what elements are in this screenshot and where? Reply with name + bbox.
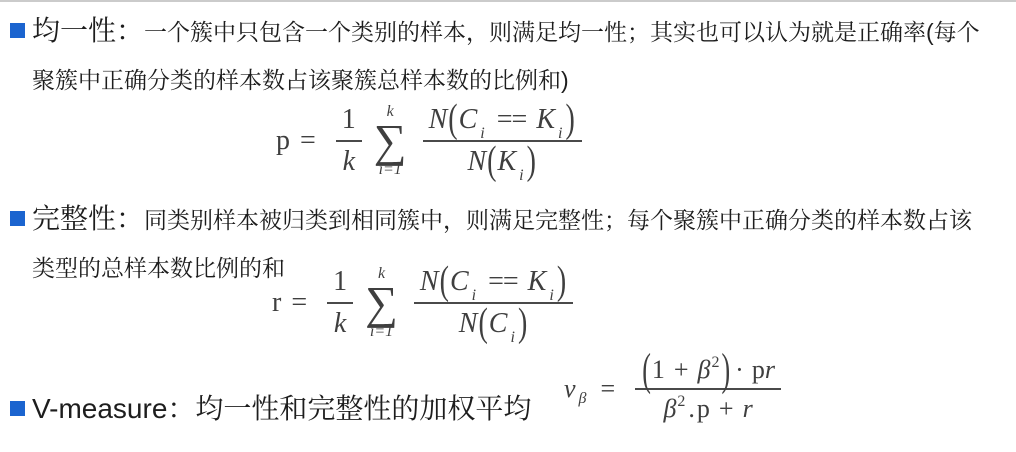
subscript-i: i [510, 329, 514, 346]
fraction-numerator: (1+β2)·pr [635, 354, 781, 385]
formula-v-measure: vβ = (1+β2)·pr β2.p+r [564, 354, 787, 424]
superscript-2: 2 [711, 354, 719, 371]
fraction-bar [336, 140, 362, 142]
var-C: C [459, 104, 478, 135]
sigma-icon: ∑ [374, 122, 407, 160]
double-equals: == [488, 266, 518, 297]
bullet-completeness-desc: 同类别样本被归类到相同簇中，则满足完整性；每个聚簇中正确分类的样本数占该 [144, 207, 972, 233]
left-paren: ( [448, 96, 457, 145]
bullet-homogeneity-text: 均一性：一个簇中只包含一个类别的样本，则满足均一性；其实也可以认为就是正确率(每… [32, 10, 980, 95]
subscript-i: i [558, 125, 562, 142]
bullet-completeness-line1: 完整性：同类别样本被归类到相同簇中，则满足完整性；每个聚簇中正确分类的样本数占该 [32, 198, 972, 245]
bullet-homogeneity: 均一性：一个簇中只包含一个类别的样本，则满足均一性；其实也可以认为就是正确率(每… [10, 10, 980, 95]
main-fraction: N(Ci==Ki) N(Ci) [414, 265, 573, 340]
var-beta: β [663, 394, 676, 423]
plus-sign: + [674, 355, 689, 384]
bullet-v-measure: V-measure：均一性和完整性的加权平均 [10, 388, 531, 435]
var-r: r [743, 394, 753, 423]
fraction-denominator: N(Ci) [453, 307, 534, 341]
right-paren: ) [565, 96, 574, 145]
formula-p-lhs: p [276, 125, 290, 157]
summation: k ∑ i=1 [365, 264, 398, 342]
bullet-homogeneity-desc: 一个簇中只包含一个类别的样本，则满足均一性；其实也可以认为就是正确率(每个 [144, 19, 980, 45]
bullet-completeness-term: 完整性： [32, 203, 144, 234]
bullet-square-icon [10, 23, 25, 38]
sigma-icon: ∑ [365, 284, 398, 322]
subscript-i: i [519, 167, 523, 184]
right-paren: ) [518, 299, 527, 348]
var-K: K [536, 104, 555, 135]
formula-homogeneity: p = 1 k k ∑ i=1 N(Ci==Ki) N(Ki) [276, 102, 588, 180]
subscript-i: i [549, 287, 553, 304]
coefficient-fraction: 1 k [327, 265, 353, 340]
function-N: N [467, 146, 486, 177]
coef-denominator: k [337, 145, 361, 179]
var-p: p [697, 394, 710, 423]
left-paren: ( [440, 258, 449, 307]
coefficient-fraction: 1 k [336, 103, 362, 178]
equals-sign: = [291, 287, 307, 319]
bullet-square-icon [10, 401, 25, 416]
fraction-bar [635, 388, 781, 390]
bullet-homogeneity-line1: 均一性：一个簇中只包含一个类别的样本，则满足均一性；其实也可以认为就是正确率(每… [32, 10, 980, 57]
bullet-homogeneity-term: 均一性： [32, 15, 144, 46]
sum-lower-limit: i=1 [379, 162, 402, 178]
subscript-i: i [480, 125, 484, 142]
double-equals: == [497, 104, 527, 135]
bullet-v-measure-term: V-measure： [32, 393, 195, 424]
var-p: p [752, 355, 765, 384]
function-N: N [420, 266, 439, 297]
fraction-numerator: N(Ci==Ki) [423, 103, 582, 137]
fraction-denominator: β2.p+r [657, 393, 758, 424]
formula-completeness: r = 1 k k ∑ i=1 N(Ci==Ki) N(Ci) [272, 264, 579, 342]
bullet-square-icon [10, 211, 25, 226]
equals-sign: = [601, 374, 616, 404]
sum-lower-limit: i=1 [370, 324, 393, 340]
equals-sign: = [300, 125, 316, 157]
var-r: r [765, 355, 775, 384]
function-N: N [429, 104, 448, 135]
right-paren: ) [721, 342, 730, 397]
var-C: C [450, 266, 469, 297]
formula-r-lhs: r [272, 287, 281, 319]
cdot-operator: · [735, 355, 744, 384]
coef-denominator: k [328, 307, 352, 341]
right-paren: ) [557, 258, 566, 307]
plus-sign: + [719, 394, 734, 423]
bullet-v-measure-line1: V-measure：均一性和完整性的加权平均 [32, 388, 531, 435]
subscript-beta: β [579, 390, 587, 408]
fraction-denominator: N(Ki) [461, 145, 542, 179]
main-fraction: N(Ci==Ki) N(Ki) [423, 103, 582, 178]
main-fraction: (1+β2)·pr β2.p+r [635, 354, 781, 424]
number-one: 1 [652, 355, 665, 384]
left-paren: ( [478, 299, 487, 348]
bullet-homogeneity-line2: 聚簇中正确分类的样本数占该聚簇总样本数的比例和) [32, 65, 980, 95]
function-N: N [459, 308, 478, 339]
formula-v-lhs: v [564, 374, 576, 404]
coef-numerator: 1 [327, 265, 353, 299]
superscript-2: 2 [677, 393, 685, 410]
var-C: C [489, 308, 508, 339]
bullet-v-measure-text: V-measure：均一性和完整性的加权平均 [32, 388, 531, 435]
var-K: K [528, 266, 547, 297]
slide: 均一性：一个簇中只包含一个类别的样本，则满足均一性；其实也可以认为就是正确率(每… [0, 0, 1016, 452]
var-K: K [497, 146, 516, 177]
left-paren: ( [487, 137, 496, 186]
subscript-i: i [472, 287, 476, 304]
dot-operator: . [688, 394, 695, 423]
fraction-bar [327, 302, 353, 304]
summation: k ∑ i=1 [374, 102, 407, 180]
left-paren: ( [642, 342, 651, 397]
coef-numerator: 1 [336, 103, 362, 137]
var-beta: β [698, 355, 711, 384]
fraction-numerator: N(Ci==Ki) [414, 265, 573, 299]
bullet-v-measure-desc: 均一性和完整性的加权平均 [195, 393, 531, 424]
right-paren: ) [527, 137, 536, 186]
